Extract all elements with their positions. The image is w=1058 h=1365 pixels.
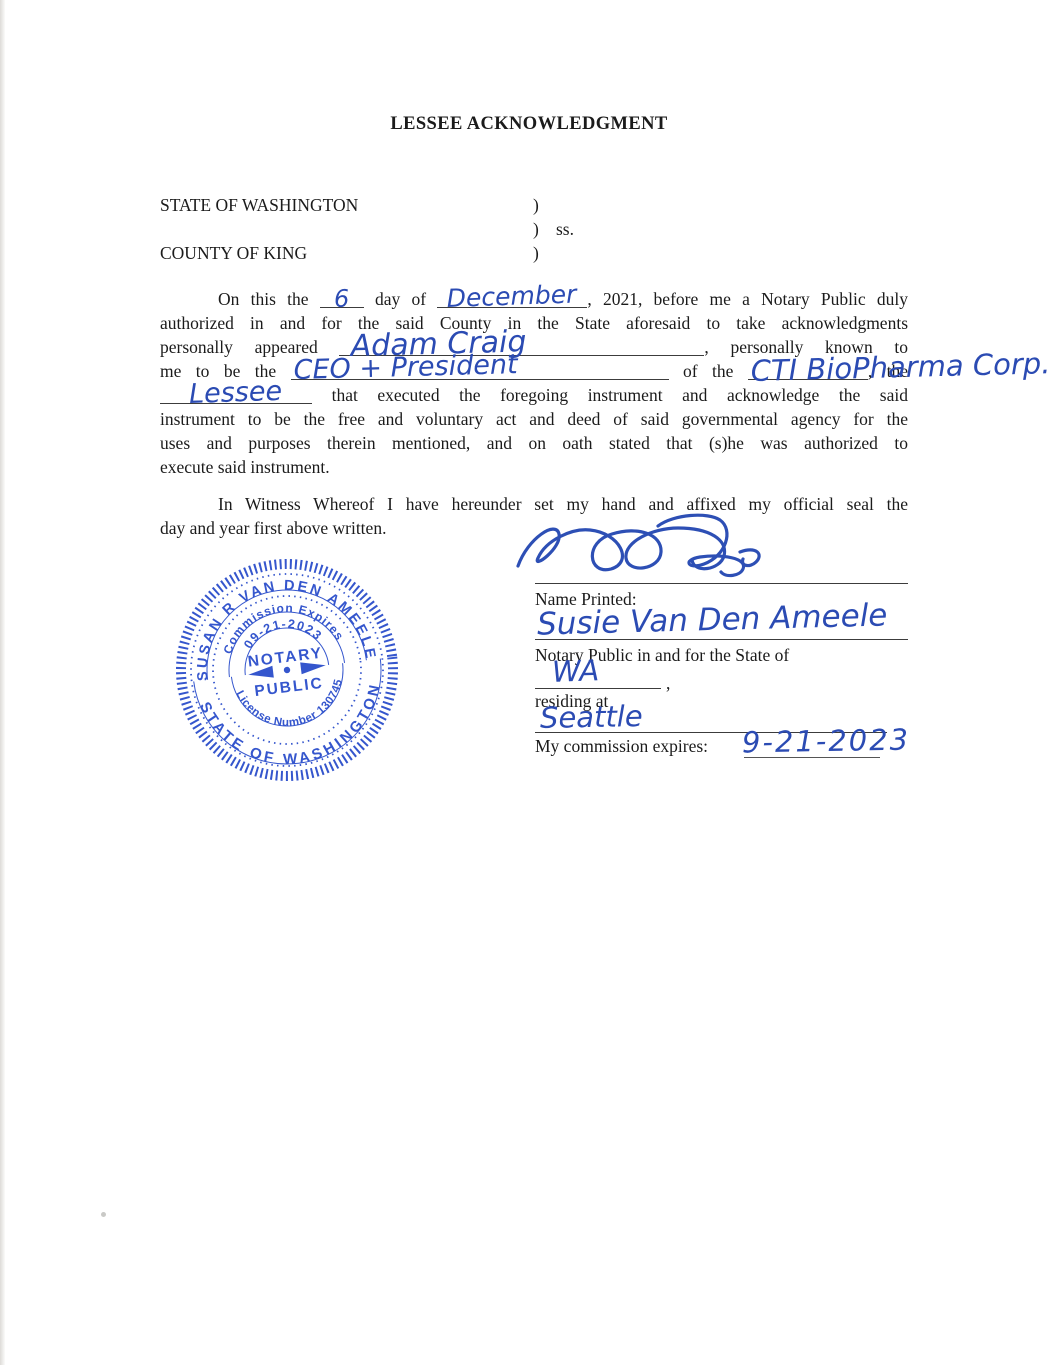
venue-ss: ss. (556, 217, 574, 241)
capacity-blank: Lessee (160, 384, 312, 404)
signature-stroke-loop (658, 515, 744, 575)
role-handwriting: CEO + President (293, 353, 518, 383)
ack-text: , 2021, before me a Notary Public duly (587, 289, 908, 309)
residing-handwriting: Seattle (540, 699, 643, 735)
signature-line (535, 583, 908, 584)
expires-handwriting: 9-21-2023 (742, 723, 911, 760)
day-blank: 6 (320, 288, 364, 308)
month-blank: December (437, 288, 587, 308)
venue-county-row: COUNTY OF KING ) (160, 241, 908, 265)
notary-seal-stamp: SUSAN R VAN DEN AMEELE STATE OF WASHINGT… (166, 549, 408, 791)
venue-state-row: STATE OF WASHINGTON ) (160, 193, 908, 217)
name-printed-line (535, 639, 908, 640)
month-handwriting: December (447, 282, 577, 311)
seal-bowtie-dot (283, 666, 290, 673)
capacity-handwriting: Lessee (189, 380, 283, 407)
venue-paren-2: ) (533, 217, 539, 241)
ack-text: day of (375, 289, 426, 309)
ack-text: of the (683, 361, 733, 381)
company-handwriting: CTI BioPharma Corp. (750, 351, 1050, 383)
ack-text: On this the (218, 289, 309, 309)
venue-state: STATE OF WASHINGTON (160, 195, 358, 215)
signature-stroke-main (518, 528, 725, 570)
expires-line (744, 757, 880, 758)
state-handwriting: WA (551, 653, 599, 689)
scan-dot-artifact (101, 1212, 106, 1217)
venue-paren-3: ) (533, 241, 539, 265)
witness-text: In Witness Whereof I have hereunder set … (218, 494, 908, 514)
state-line (535, 688, 661, 689)
role-blank: CEO + President (291, 360, 669, 380)
notary-acknowledgment-page: LESSEE ACKNOWLEDGMENT STATE OF WASHINGTO… (0, 0, 1058, 1365)
ack-line-8: execute said instrument. (160, 455, 908, 479)
company-blank: CTI BioPharma Corp. (748, 360, 868, 380)
commission-expires-label: My commission expires: (535, 735, 708, 757)
scan-edge-artifact (0, 0, 5, 1365)
venue-paren-1: ) (533, 193, 539, 217)
signature-stroke-hook (740, 550, 759, 566)
venue-county: COUNTY OF KING (160, 243, 307, 263)
notary-signature (512, 512, 767, 590)
seal-public-text: PUBLIC (254, 675, 325, 700)
ack-text: that executed the foregoing instrument a… (332, 385, 908, 405)
name-printed-handwriting: Susie Van Den Ameele (537, 597, 888, 642)
day-handwriting: 6 (333, 286, 349, 311)
state-comma: , (666, 672, 670, 694)
page-title: LESSEE ACKNOWLEDGMENT (0, 114, 1058, 135)
